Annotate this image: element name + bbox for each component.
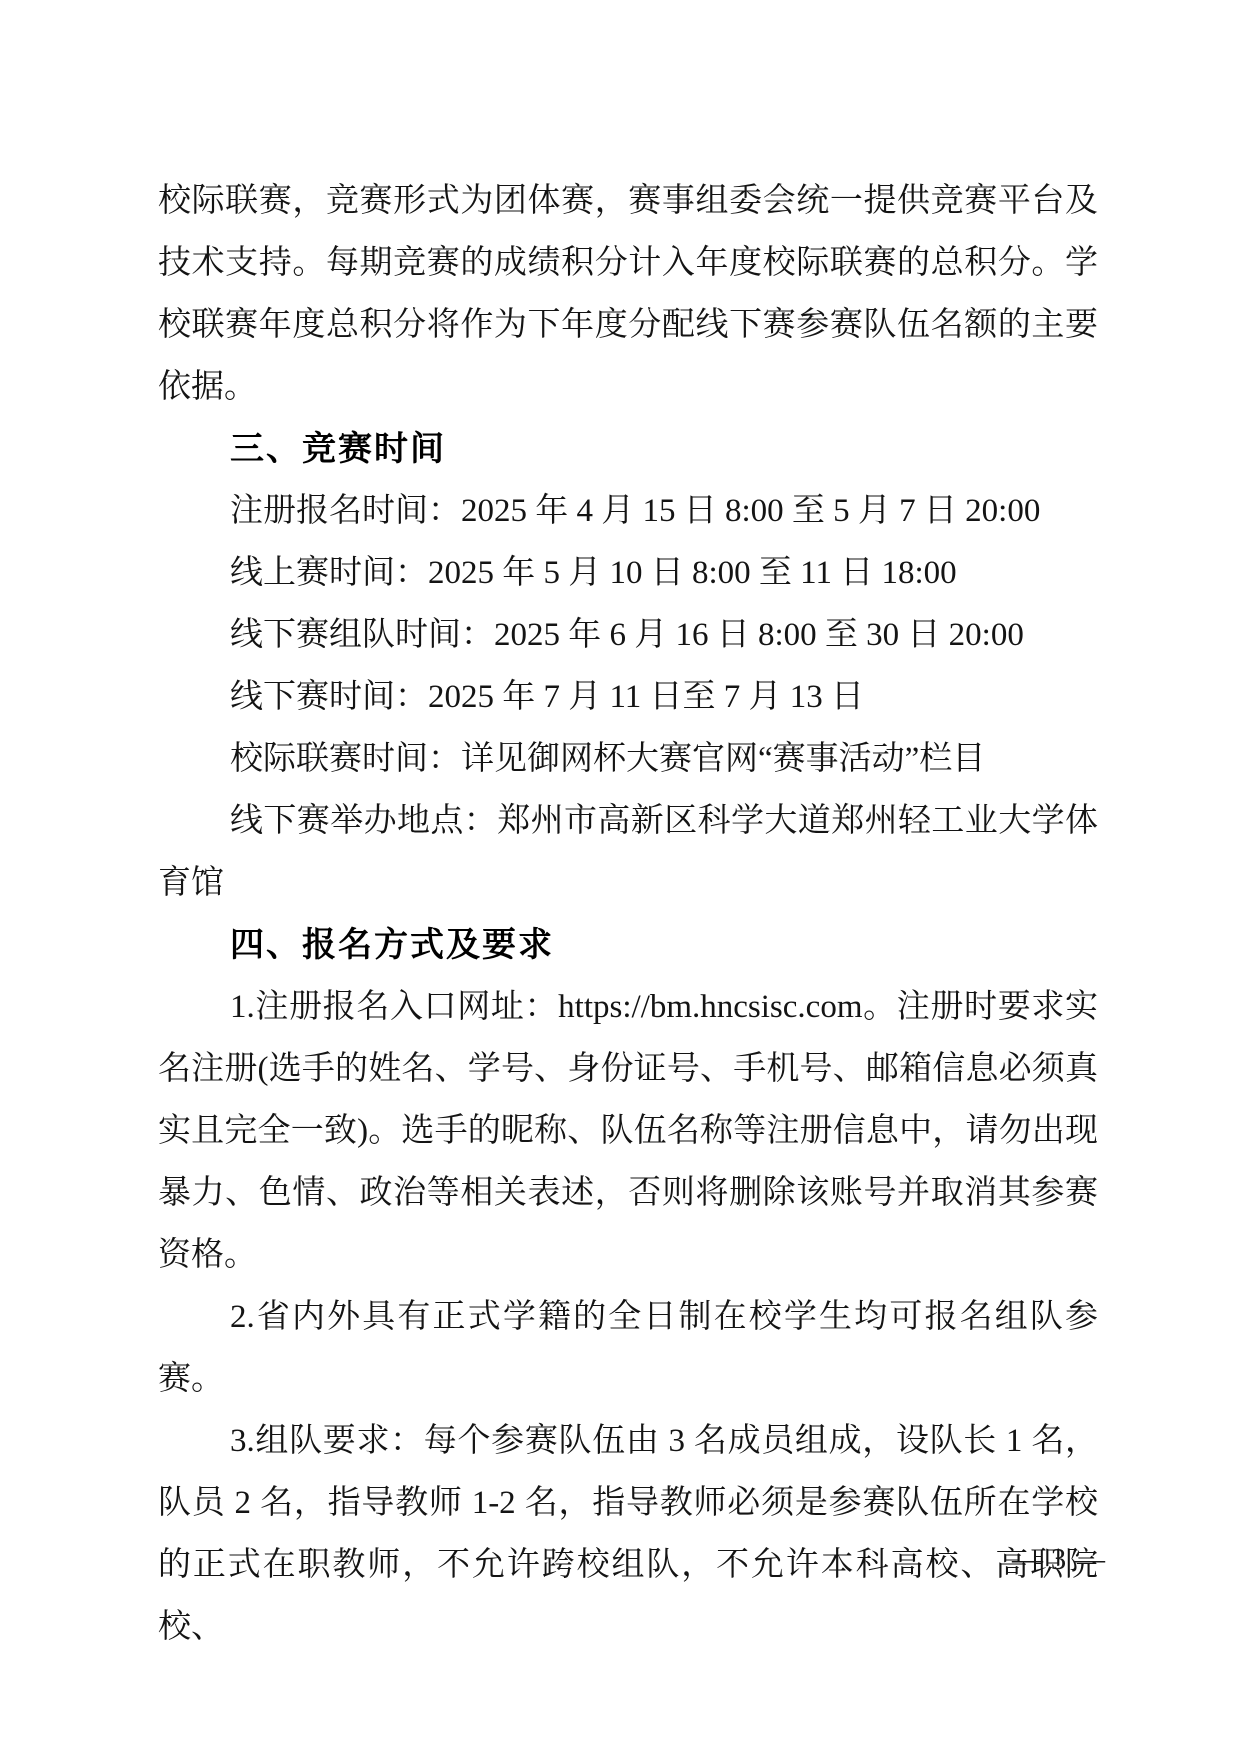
paragraph-school-league-time: 校际联赛时间：详见御网杯大赛官网“赛事活动”栏目 — [158, 728, 1098, 790]
paragraph-registration-time: 注册报名时间：2025 年 4 月 15 日 8:00 至 5 月 7 日 20… — [158, 480, 1098, 542]
paragraph-league-format: 校际联赛，竞赛形式为团体赛，赛事组委会统一提供竞赛平台及技术支持。每期竞赛的成绩… — [158, 170, 1098, 418]
paragraph-offline-venue: 线下赛举办地点：郑州市高新区科学大道郑州轻工业大学体育馆 — [158, 790, 1098, 914]
section-heading-registration-method: 四、报名方式及要求 — [158, 914, 1098, 976]
document-page: 校际联赛，竞赛形式为团体赛，赛事组委会统一提供竞赛平台及技术支持。每期竞赛的成绩… — [0, 0, 1240, 1753]
paragraph-eligibility: 2.省内外具有正式学籍的全日制在校学生均可报名组队参赛。 — [158, 1286, 1098, 1410]
paragraph-offline-match-time: 线下赛时间：2025 年 7 月 11 日至 7 月 13 日 — [158, 666, 1098, 728]
paragraph-online-match-time: 线上赛时间：2025 年 5 月 10 日 8:00 至 11 日 18:00 — [158, 542, 1098, 604]
paragraph-team-requirements: 3.组队要求：每个参赛队伍由 3 名成员组成，设队长 1 名，队员 2 名，指导… — [158, 1410, 1098, 1658]
document-body: 校际联赛，竞赛形式为团体赛，赛事组委会统一提供竞赛平台及技术支持。每期竞赛的成绩… — [158, 170, 1098, 1658]
paragraph-offline-team-time: 线下赛组队时间：2025 年 6 月 16 日 8:00 至 30 日 20:0… — [158, 604, 1098, 666]
section-heading-competition-time: 三、竞赛时间 — [158, 418, 1098, 480]
paragraph-registration-url-rules: 1.注册报名入口网址：https://bm.hncsisc.com。注册时要求实… — [158, 976, 1098, 1286]
page-number: — 3 — — [1012, 1540, 1105, 1578]
